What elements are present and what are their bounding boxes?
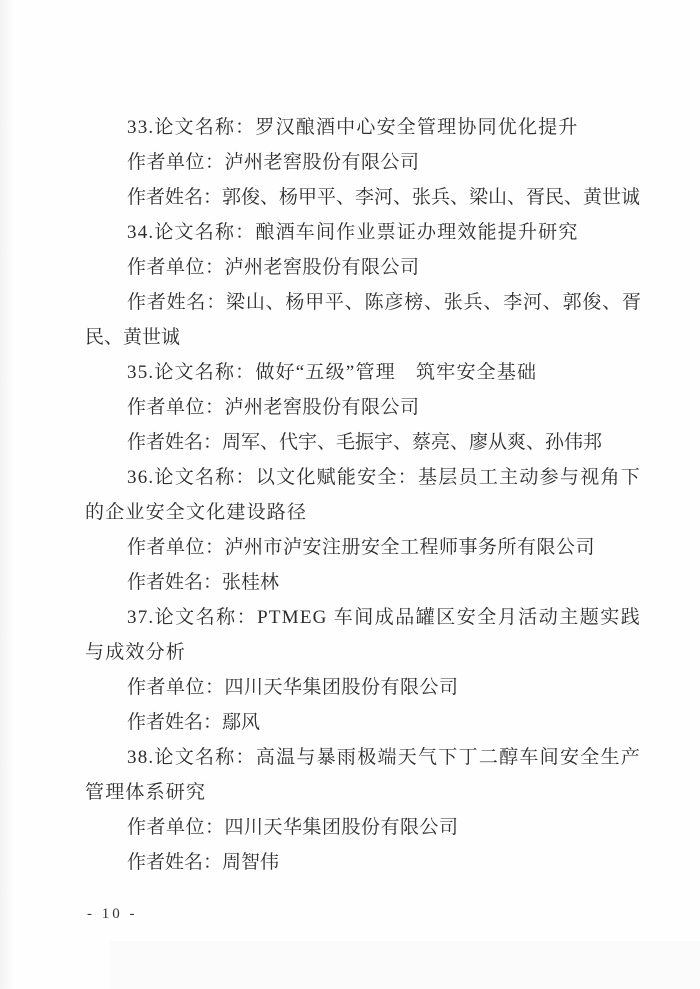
label-colon: ：: [205, 152, 225, 173]
author-unit-label: 作者单位: [127, 152, 205, 173]
label-colon: ：: [235, 362, 255, 383]
author-names-line: 作者姓名：梁山、杨甲平、陈彦榜、张兵、李河、郭俊、胥民、黄世诚: [85, 285, 641, 355]
paper-title: 做好“五级”管理 筑牢安全基础: [255, 362, 537, 383]
paper-title-line: 34.论文名称：酿酒车间作业票证办理效能提升研究: [85, 215, 641, 250]
paper-title: 酿酒车间作业票证办理效能提升研究: [255, 222, 578, 243]
author-unit: 泸州老窖股份有限公司: [225, 397, 420, 418]
label-colon: ：: [237, 607, 258, 628]
author-names: 张桂林: [222, 572, 279, 593]
author-names-label: 作者姓名: [127, 187, 203, 208]
paper-title-label: 论文名称: [154, 362, 235, 383]
label-colon: ：: [203, 572, 222, 593]
author-names: 周军、代宇、毛振宇、蔡亮、廖从爽、孙伟邦: [222, 432, 602, 453]
label-colon: ：: [236, 467, 256, 488]
paper-title: 罗汉酿酒中心安全管理协同优化提升: [255, 117, 578, 138]
label-colon: ：: [205, 537, 225, 558]
author-names: 周智伟: [222, 852, 279, 873]
author-names: 鄢风: [222, 712, 260, 733]
paper-number: 38: [127, 747, 148, 768]
author-unit: 四川天华集团股份有限公司: [225, 677, 459, 698]
paper-title-label: 论文名称: [154, 222, 235, 243]
author-unit-line: 作者单位：四川天华集团股份有限公司: [85, 810, 641, 845]
paper-number: 36: [127, 467, 148, 488]
paper-title-label: 论文名称: [154, 747, 235, 768]
author-names-line: 作者姓名：张桂林: [85, 565, 641, 600]
author-unit-label: 作者单位: [127, 397, 205, 418]
scan-shade-bottom: [110, 941, 700, 989]
author-unit: 四川天华集团股份有限公司: [225, 817, 459, 838]
paper-entry: 37.论文名称：PTMEG 车间成品罐区安全月活动主题实践与成效分析作者单位：四…: [85, 600, 641, 740]
author-names-line: 作者姓名：周智伟: [85, 845, 641, 880]
document-page: 33.论文名称：罗汉酿酒中心安全管理协同优化提升作者单位：泸州老窖股份有限公司作…: [0, 0, 700, 989]
author-names-line: 作者姓名：郭俊、杨甲平、李河、张兵、梁山、胥民、黄世诚: [85, 180, 641, 215]
author-unit-line: 作者单位：泸州老窖股份有限公司: [85, 145, 641, 180]
author-unit: 泸州老窖股份有限公司: [225, 257, 420, 278]
paper-entry: 34.论文名称：酿酒车间作业票证办理效能提升研究作者单位：泸州老窖股份有限公司作…: [85, 215, 641, 355]
paper-entry: 33.论文名称：罗汉酿酒中心安全管理协同优化提升作者单位：泸州老窖股份有限公司作…: [85, 110, 641, 215]
label-colon: ：: [203, 712, 222, 733]
label-colon: ：: [205, 677, 225, 698]
label-colon: ：: [236, 747, 256, 768]
label-colon: ：: [205, 257, 225, 278]
paper-entry: 38.论文名称：高温与暴雨极端天气下丁二醇车间安全生产管理体系研究作者单位：四川…: [85, 740, 641, 880]
author-unit-line: 作者单位：泸州老窖股份有限公司: [85, 390, 641, 425]
author-unit-label: 作者单位: [127, 817, 205, 838]
label-colon: ：: [206, 292, 226, 313]
author-names: 郭俊、杨甲平、李河、张兵、梁山、胥民、黄世诚: [222, 187, 640, 208]
author-names-label: 作者姓名: [127, 432, 203, 453]
paper-entry: 36.论文名称：以文化赋能安全：基层员工主动参与视角下的企业安全文化建设路径作者…: [85, 460, 641, 600]
author-names-label: 作者姓名: [127, 852, 203, 873]
label-colon: ：: [203, 432, 222, 453]
author-unit-label: 作者单位: [127, 677, 205, 698]
label-colon: ：: [205, 397, 225, 418]
page-number: - 10 -: [87, 906, 138, 923]
author-unit-line: 作者单位：四川天华集团股份有限公司: [85, 670, 641, 705]
paper-title-line: 36.论文名称：以文化赋能安全：基层员工主动参与视角下的企业安全文化建设路径: [85, 460, 641, 530]
label-colon: ：: [205, 817, 225, 838]
label-colon: ：: [203, 187, 222, 208]
paper-number: 33: [127, 117, 148, 138]
paper-title-line: 38.论文名称：高温与暴雨极端天气下丁二醇车间安全生产管理体系研究: [85, 740, 641, 810]
author-unit-line: 作者单位：泸州老窖股份有限公司: [85, 250, 641, 285]
paper-title-line: 35.论文名称：做好“五级”管理 筑牢安全基础: [85, 355, 641, 390]
scan-shade-left: [0, 0, 14, 989]
author-unit: 泸州老窖股份有限公司: [225, 152, 420, 173]
label-colon: ：: [235, 117, 255, 138]
author-unit-label: 作者单位: [127, 537, 205, 558]
paper-number: 35: [127, 362, 148, 383]
paper-title-label: 论文名称: [154, 607, 236, 628]
author-names-label: 作者姓名: [127, 712, 203, 733]
author-unit: 泸州市泸安注册安全工程师事务所有限公司: [225, 537, 596, 558]
author-names-line: 作者姓名：周军、代宇、毛振宇、蔡亮、廖从爽、孙伟邦: [85, 425, 641, 460]
author-names-label: 作者姓名: [127, 572, 203, 593]
paper-title-line: 33.论文名称：罗汉酿酒中心安全管理协同优化提升: [85, 110, 641, 145]
label-colon: ：: [235, 222, 255, 243]
author-names-label: 作者姓名: [127, 292, 206, 313]
author-unit-line: 作者单位：泸州市泸安注册安全工程师事务所有限公司: [85, 530, 641, 565]
paper-title-label: 论文名称: [154, 117, 235, 138]
paper-list: 33.论文名称：罗汉酿酒中心安全管理协同优化提升作者单位：泸州老窖股份有限公司作…: [85, 110, 641, 880]
author-unit-label: 作者单位: [127, 257, 205, 278]
paper-number: 37: [127, 607, 148, 628]
paper-entry: 35.论文名称：做好“五级”管理 筑牢安全基础作者单位：泸州老窖股份有限公司作者…: [85, 355, 641, 460]
paper-number: 34: [127, 222, 148, 243]
label-colon: ：: [203, 852, 222, 873]
author-names-line: 作者姓名：鄢风: [85, 705, 641, 740]
paper-title-label: 论文名称: [154, 467, 235, 488]
paper-title-line: 37.论文名称：PTMEG 车间成品罐区安全月活动主题实践与成效分析: [85, 600, 641, 670]
